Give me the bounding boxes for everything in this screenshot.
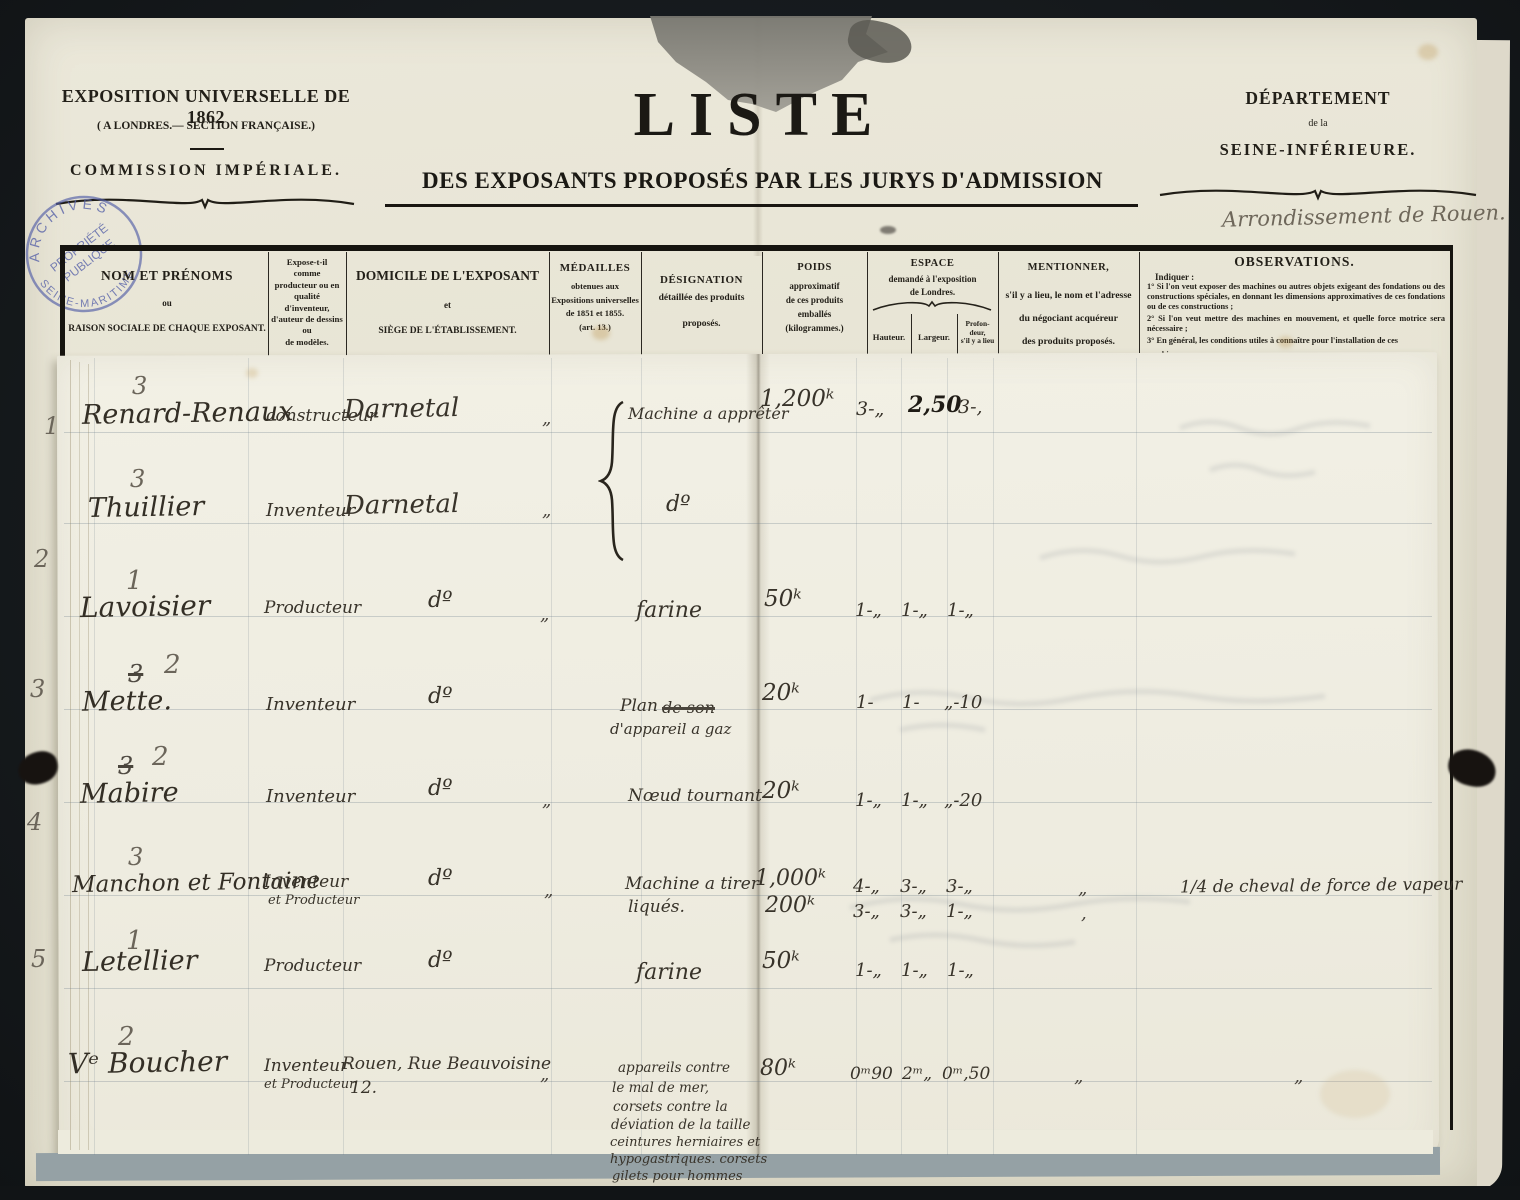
col-designation-body: détaillée des produits proposés. (641, 292, 762, 331)
subtitle-underline (385, 204, 1138, 207)
row8-observation-ditto: „ (1294, 1066, 1303, 1087)
row3-poids: 50ᵏ (764, 586, 802, 612)
col-observations-item1: 1° Si l'on veut exposer des machines ou … (1147, 282, 1445, 311)
row4-domicile-ditto: dº (428, 684, 452, 709)
stacked-edge-2 (79, 362, 80, 1150)
row8-medailles-ditto: „ (540, 1064, 549, 1085)
row8-designation-line3: corsets contre la (613, 1099, 728, 1115)
document-subtitle: DES EXPOSANTS PROPOSÉS PAR LES JURYS D'A… (385, 168, 1140, 194)
row3-quality: Producteur (264, 598, 361, 618)
row7-poids: 50ᵏ (762, 948, 800, 974)
row6-class-number: 3 (128, 843, 143, 871)
table-right-border (1450, 245, 1453, 1130)
row6-espace-hauteur-1: 4-„ (853, 876, 880, 897)
row3-designation: farine (636, 598, 702, 623)
row8-designation-line5: ceintures herniaires et (610, 1135, 760, 1150)
col-poids-title: POIDS (762, 262, 867, 273)
col-medailles-body: obtenues aux Expositions universelles de… (549, 280, 641, 334)
row8-domicile: Rouen, Rue Beauvoisine (342, 1054, 551, 1074)
rule-v1 (248, 358, 249, 1155)
col-espace-largeur: Largeur. (911, 332, 957, 342)
row1-poids: 1,200ᵏ (760, 386, 834, 412)
col-espace-title: ESPACE (867, 258, 998, 269)
row2-name: Thuillier (88, 491, 205, 524)
col-nom-title: NOM ET PRÉNOMS (66, 268, 268, 284)
col-domicile-bottom: SIÈGE DE L'ÉTABLISSEMENT. (346, 326, 549, 336)
col-poids-body: approximatif de ces produits emballés (k… (762, 279, 867, 335)
masthead-left-line2: ( A LONDRES.— SECTION FRANÇAISE.) (60, 120, 352, 132)
row8-quality: Inventeur (264, 1056, 348, 1076)
row4-designation-line2: d'appareil a gaz (610, 720, 731, 738)
col-header-designation: DÉSIGNATION détaillée des produits propo… (641, 252, 763, 358)
col-header-nom: NOM ET PRÉNOMS ou RAISON SOCIALE DE CHAQ… (66, 252, 269, 358)
row7-quality: Producteur (264, 956, 361, 976)
row4-espace-largeur: 1- (902, 692, 920, 713)
row6-poids-line1: 1,000ᵏ (755, 866, 826, 891)
row4-class-number: 2 (164, 650, 181, 680)
row5-espace-largeur: 1-„ (901, 790, 928, 811)
col-domicile-et: et (346, 300, 549, 310)
foxing-spot-4 (246, 368, 258, 378)
row3-espace-hauteur: 1-„ (855, 600, 882, 621)
row3-medailles-ditto: „ (540, 604, 549, 625)
col-observations-item3: 3° En général, les conditions utiles à c… (1147, 336, 1445, 346)
row6-observation: 1/4 de cheval de force de vapeur (1180, 875, 1463, 898)
row6-quality: Inventeur (264, 872, 348, 892)
col-nom-bottom: RAISON SOCIALE DE CHAQUE EXPOSANT. (66, 324, 268, 334)
masthead-right-line2: de la (1172, 118, 1464, 129)
row3-name: Lavoisier (80, 589, 211, 624)
row3-domicile-ditto: dº (428, 588, 452, 613)
row1-espace-hauteur: 3-„ (856, 398, 884, 420)
rule-v4 (641, 358, 642, 1155)
col-designation-title: DÉSIGNATION (641, 274, 762, 286)
row6-quality2: et Producteur (268, 893, 359, 908)
row2-class-number: 3 (130, 465, 145, 493)
row6-mention-ditto-1: „ (1078, 878, 1087, 899)
col-header-observations: OBSERVATIONS. Indiquer : 1° Si l'on veut… (1139, 252, 1450, 358)
margin-number-4: 4 (27, 808, 42, 836)
row5-quality: Inventeur (266, 786, 355, 807)
table-top-rule (60, 245, 1453, 251)
row7-espace-largeur: 1-„ (901, 960, 928, 981)
rule-v0 (94, 358, 95, 1155)
row5-designation: Nœud tournant (628, 786, 762, 806)
row6-medailles-ditto: „ (544, 880, 553, 901)
row1-domicile: Darnetal (344, 393, 460, 425)
row8-domicile-line2: 12. (350, 1078, 377, 1098)
table-left-border (60, 245, 65, 361)
foxing-spot-2 (1278, 336, 1293, 348)
row6-espace-largeur-1: 3-„ (900, 876, 927, 897)
col-observations-lead: Indiquer : (1155, 272, 1194, 282)
row1-medailles-ditto: „ (542, 408, 551, 429)
row6-espace-profondeur-1: 3-„ (946, 876, 973, 897)
row5-espace-profondeur: „-20 (944, 790, 982, 811)
row1-name: Renard-Renaux (82, 396, 294, 431)
rule-v2 (343, 358, 344, 1155)
row7-domicile-ditto: dº (428, 948, 452, 973)
row8-name: Vᵉ Boucher (68, 1045, 228, 1081)
row5-class-number: 2 (152, 742, 169, 772)
margin-number-5: 5 (31, 945, 46, 973)
row3-espace-largeur: 1-„ (901, 600, 928, 621)
page-fold (746, 354, 770, 1154)
row6-domicile-ditto: dº (428, 866, 452, 891)
row8-designation-line7: gilets pour hommes (612, 1169, 742, 1184)
col-espace-body: demandé à l'exposition de Londres. (867, 273, 998, 299)
foxing-stain-bottom (1320, 1070, 1390, 1118)
row5-poids: 20ᵏ (762, 778, 800, 804)
row6-espace-profondeur-2: 1-„ (946, 901, 973, 922)
show-through-writing (780, 380, 1440, 1060)
row4-class-number-struck: 3 (128, 660, 143, 688)
row5-domicile-ditto: dº (428, 776, 452, 801)
row8-mention-ditto: „ (1074, 1066, 1083, 1087)
row2-domicile: Darnetal (344, 489, 460, 521)
row7-espace-hauteur: 1-„ (855, 960, 882, 981)
row8-poids: 80ᵏ (760, 1056, 796, 1081)
row2-medailles-ditto: „ (542, 500, 551, 521)
photo-bottom-shadow (0, 1186, 1520, 1200)
col-espace-profondeur: Profon- deur, s'il y a lieu (957, 320, 998, 346)
row8-espace-profondeur: 0ᵐ,50 (942, 1064, 990, 1084)
row4-espace-hauteur: 1- (856, 692, 874, 713)
row8-designation-line2: le mal de mer, (612, 1080, 709, 1096)
row5-class-number-struck: 3 (118, 752, 133, 780)
ink-smudge-subtitle (880, 226, 896, 234)
col-nom-ou: ou (66, 298, 268, 308)
rule-v3 (551, 358, 552, 1155)
row7-designation: farine (636, 960, 702, 985)
espace-brace (871, 298, 993, 312)
col-header-medailles: MÉDAILLES obtenues aux Expositions unive… (549, 252, 642, 358)
row8-designation-line6: hypogastriques. corsets (610, 1152, 767, 1167)
row6-designation-line1: Machine a tirer (625, 874, 759, 894)
row1-espace-largeur: 2,50 (908, 392, 962, 418)
masthead-left-rule (190, 148, 224, 150)
row1-class-number: 3 (132, 372, 147, 400)
col-header-mentionner: MENTIONNER, s'il y a lieu, le nom et l'a… (998, 252, 1140, 358)
row1-espace-profondeur: 3-, (958, 396, 983, 418)
col-header-expose: Expose-t-il comme producteur ou en quali… (268, 252, 347, 358)
row6-espace-largeur-2: 3-„ (900, 901, 927, 922)
row6-poids-line2: 200ᵏ (765, 893, 815, 918)
margin-number-3: 3 (30, 675, 45, 703)
row4-quality: Inventeur (266, 694, 355, 715)
col-domicile-title: DOMICILE DE L'EXPOSANT (346, 268, 549, 284)
col-header-domicile: DOMICILE DE L'EXPOSANT et SIÈGE DE L'ÉTA… (346, 252, 550, 358)
row7-espace-profondeur: 1-„ (947, 960, 974, 981)
row5-espace-hauteur: 1-„ (855, 790, 882, 811)
row5-name: Mabire (80, 777, 179, 810)
row4-name: Mette. (82, 685, 172, 718)
col-observations-title: OBSERVATIONS. (1139, 254, 1450, 270)
col-espace-hauteur: Hauteur. (867, 332, 911, 342)
stacked-edge-1 (70, 360, 71, 1150)
row7-name: Letellier (82, 945, 198, 978)
row8-espace-largeur: 2ᵐ„ (902, 1064, 932, 1084)
document-title: LISTE (560, 80, 960, 151)
col-mentionner-title: MENTIONNER, (998, 262, 1139, 273)
row8-designation-line4: déviation de la taille (611, 1117, 750, 1133)
row8-designation-line1: appareils contre (618, 1060, 730, 1076)
col-mentionner-body: s'il y a lieu, le nom et l'adresse du né… (998, 284, 1139, 353)
row6-designation-line2: liqués. (628, 897, 685, 917)
row8-espace-hauteur: 0ᵐ90 (850, 1064, 893, 1084)
stacked-edge-3 (88, 364, 89, 1150)
scanned-document-photo: EXPOSITION UNIVERSELLE DE 1862 ( A LONDR… (0, 0, 1520, 1200)
foxing-spot-1 (592, 326, 610, 340)
masthead-right-line3: SEINE-INFÉRIEURE. (1172, 140, 1464, 160)
col-expose-text: Expose-t-il comme producteur ou en quali… (268, 257, 346, 348)
row4-espace-profondeur: „-10 (944, 692, 982, 713)
row2-quality: Inventeur (266, 500, 355, 521)
row3-espace-profondeur: 1-„ (947, 600, 974, 621)
row4-designation-word: Plan (620, 696, 658, 716)
masthead-right-line1: DÉPARTEMENT (1172, 88, 1464, 109)
foxing-spot-3 (1418, 44, 1438, 60)
row4-poids: 20ᵏ (762, 680, 800, 706)
row6-espace-hauteur-2: 3-„ (853, 901, 880, 922)
row8-quality2: et Producteur (264, 1077, 355, 1092)
margin-number-1: 1 (44, 412, 59, 440)
row6-mention-ditto-2: , (1081, 903, 1087, 924)
margin-number-2: 2 (34, 545, 49, 573)
col-medailles-title: MÉDAILLES (549, 262, 641, 274)
row5-medailles-ditto: „ (542, 790, 551, 811)
rows-1-2-brace (598, 400, 626, 562)
row4-designation-struck: de son (662, 698, 715, 717)
col-header-poids: POIDS approximatif de ces produits embal… (762, 252, 868, 358)
col-observations-item2: 2° Si l'on veut mettre des machines en m… (1147, 314, 1445, 334)
col-header-espace: ESPACE demandé à l'exposition de Londres… (867, 252, 999, 358)
row2-designation-ditto: dº (666, 492, 690, 517)
